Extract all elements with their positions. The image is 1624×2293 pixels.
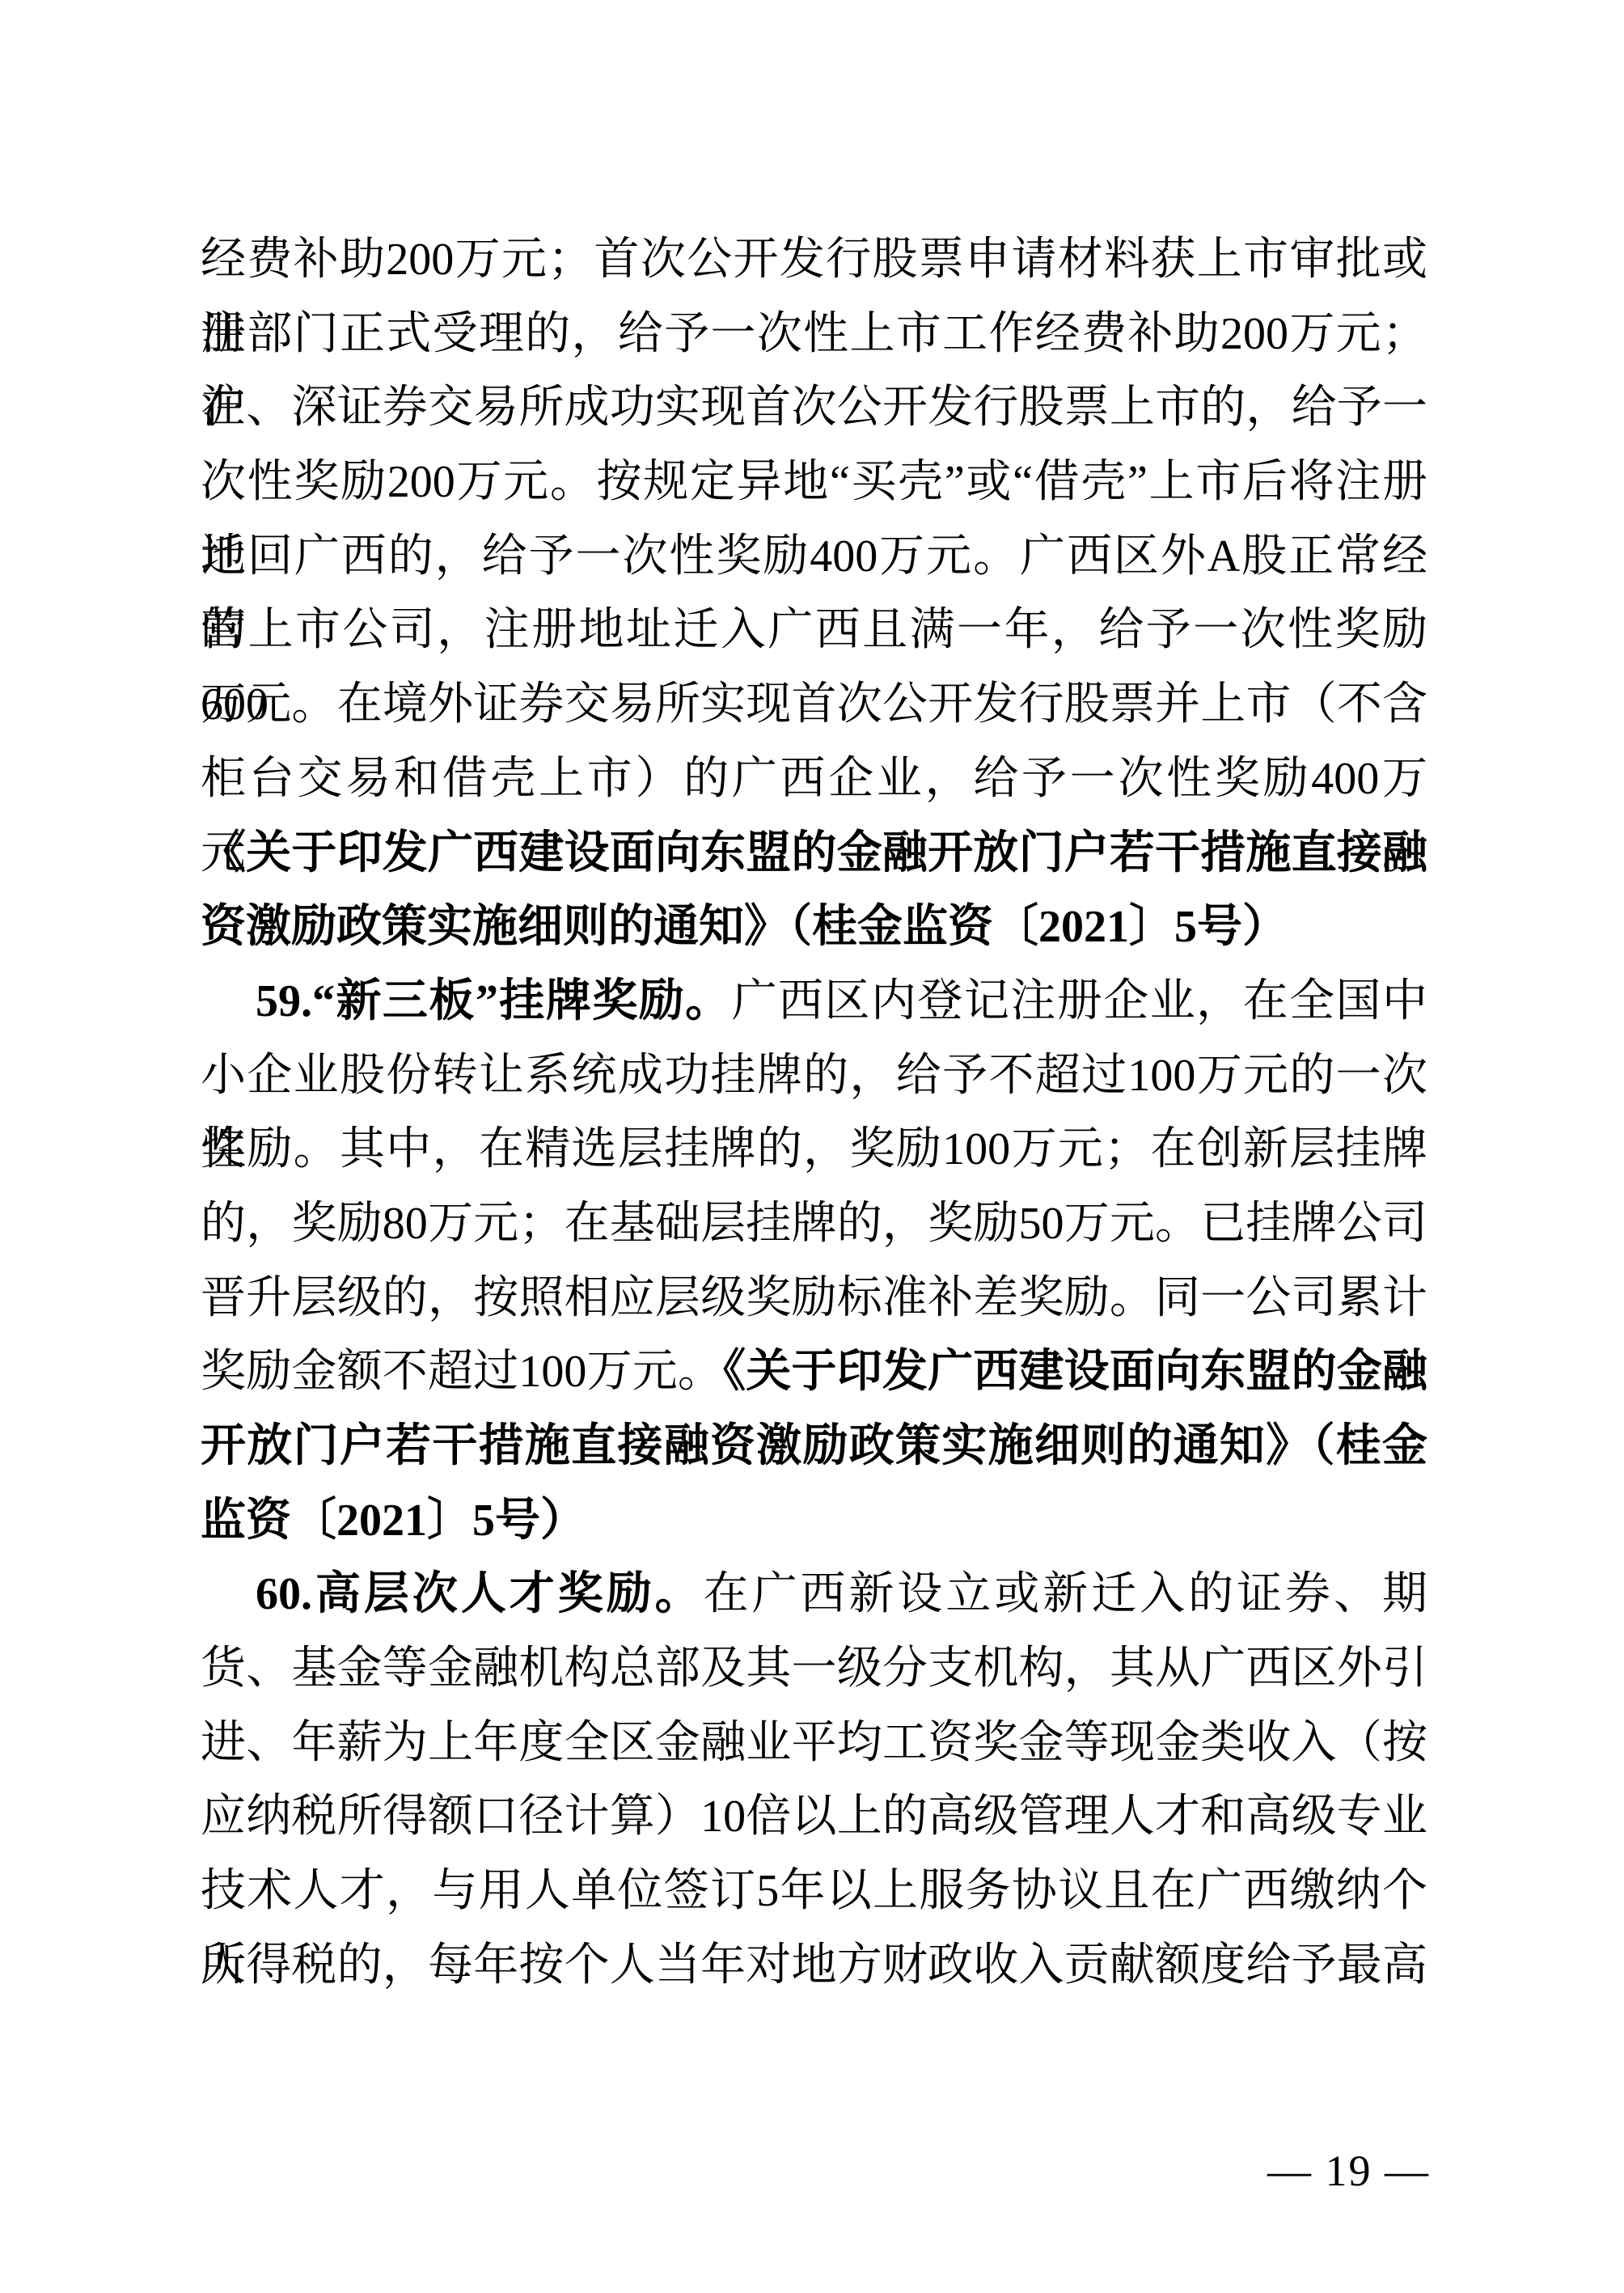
text-line: 沪、深证券交易所成功实现首次公开发行股票上市的，给予一 [201,371,1427,446]
text-line: 的，奖励80万元；在基础层挂牌的，奖励50万元。已挂牌公司 [201,1187,1427,1262]
text-line: 晋升层级的，按照相应层级奖励标准补差奖励。同一公司累计 [201,1262,1427,1336]
text-line: 册部门正式受理的，给予一次性上市工作经费补助200万元；在 [201,298,1427,372]
bold-text-segment: 监资〔2021〕5号） [201,1496,586,1546]
text-line: 柜台交易和借壳上市）的广西企业，给予一次性奖励400万元。 [201,742,1427,817]
bold-text-segment: 《关于印发广西建设面向东盟的金融 [723,1347,1427,1397]
text-line: 60.高层次人才奖励。在广西新设立或新迁入的证券、期 [201,1558,1427,1632]
text-line: 59.“新三板”挂牌奖励。广西区内登记注册企业，在全国中 [201,965,1427,1039]
text-segment: 在广西新设立或新迁入的证券、期 [704,1569,1427,1619]
bold-text-segment: 开放门户若干措施直接融资激励政策实施细则的通知》（桂金 [201,1421,1427,1471]
text-line: 开放门户若干措施直接融资激励政策实施细则的通知》（桂金 [201,1410,1427,1484]
text-segment: 应纳税所得额口径计算）10倍以上的高级管理人才和高级专业 [201,1792,1427,1842]
text-line: 监资〔2021〕5号） [201,1484,1427,1559]
text-segment: 所得税的，每年按个人当年对地方财政收入贡献额度给予最高 [201,1940,1427,1991]
text-line: 所得税的，每年按个人当年对地方财政收入贡献额度给予最高 [201,1929,1427,2003]
text-line: 的上市公司，注册地址迁入广西且满一年，给予一次性奖励600 [201,594,1427,668]
text-segment: 广西区内登记注册企业，在全国中 [732,976,1427,1026]
text-line: 经费补助200万元；首次公开发行股票申请材料获上市审批或注 [201,223,1427,298]
page-number: — 19 — [1267,2142,1430,2200]
text-line: 迁回广西的，给予一次性奖励400万元。广西区外A股正常经营 [201,520,1427,594]
text-line: 万元。在境外证券交易所实现首次公开发行股票并上市（不含 [201,668,1427,742]
text-line: 进、年薪为上年度全区金融业平均工资奖金等现金类收入（按 [201,1707,1427,1781]
text-line: 货、基金等金融机构总部及其一级分支机构，其从广西区外引 [201,1632,1427,1707]
text-line: 次性奖励200万元。按规定异地“买壳”或“借壳”上市后将注册地 [201,446,1427,520]
bold-text-segment: 资激励政策实施细则的通知》（桂金监资〔2021〕5号） [201,902,1288,952]
text-segment: 进、年薪为上年度全区金融业平均工资奖金等现金类收入（按 [201,1718,1427,1768]
document-page: 经费补助200万元；首次公开发行股票申请材料获上市审批或注册部门正式受理的，给予… [0,0,1624,2293]
text-segment: 沪、深证券交易所成功实现首次公开发行股票上市的，给予一 [201,383,1427,433]
text-segment: 奖励金额不超过100万元。 [201,1347,723,1397]
text-segment: 晋升层级的，按照相应层级奖励标准补差奖励。同一公司累计 [201,1273,1427,1323]
text-line: 应纳税所得额口径计算）10倍以上的高级管理人才和高级专业 [201,1780,1427,1855]
text-line: 资激励政策实施细则的通知》（桂金监资〔2021〕5号） [201,891,1427,965]
text-segment: 万元。在境外证券交易所实现首次公开发行股票并上市（不含 [201,679,1427,730]
text-line: 小企业股份转让系统成功挂牌的，给予不超过100万元的一次性 [201,1039,1427,1114]
bold-text-segment: 59.“新三板”挂牌奖励。 [256,976,732,1026]
text-line: 奖励金额不超过100万元。《关于印发广西建设面向东盟的金融 [201,1335,1427,1410]
text-line: 奖励。其中，在精选层挂牌的，奖励100万元；在创新层挂牌 [201,1113,1427,1187]
bold-text-segment: 《关于印发广西建设面向东盟的金融开放门户若干措施直接融 [201,828,1427,878]
text-line: 技术人才，与用人单位签订5年以上服务协议且在广西缴纳个人 [201,1855,1427,1929]
text-segment: 货、基金等金融机构总部及其一级分支机构，其从广西区外引 [201,1644,1427,1694]
document-body: 经费补助200万元；首次公开发行股票申请材料获上市审批或注册部门正式受理的，给予… [201,223,1427,2003]
text-segment: 的，奖励80万元；在基础层挂牌的，奖励50万元。已挂牌公司 [201,1199,1427,1249]
text-segment: 奖励。其中，在精选层挂牌的，奖励100万元；在创新层挂牌 [201,1124,1427,1174]
text-line: 《关于印发广西建设面向东盟的金融开放门户若干措施直接融 [201,817,1427,891]
bold-text-segment: 60.高层次人才奖励。 [256,1569,704,1619]
